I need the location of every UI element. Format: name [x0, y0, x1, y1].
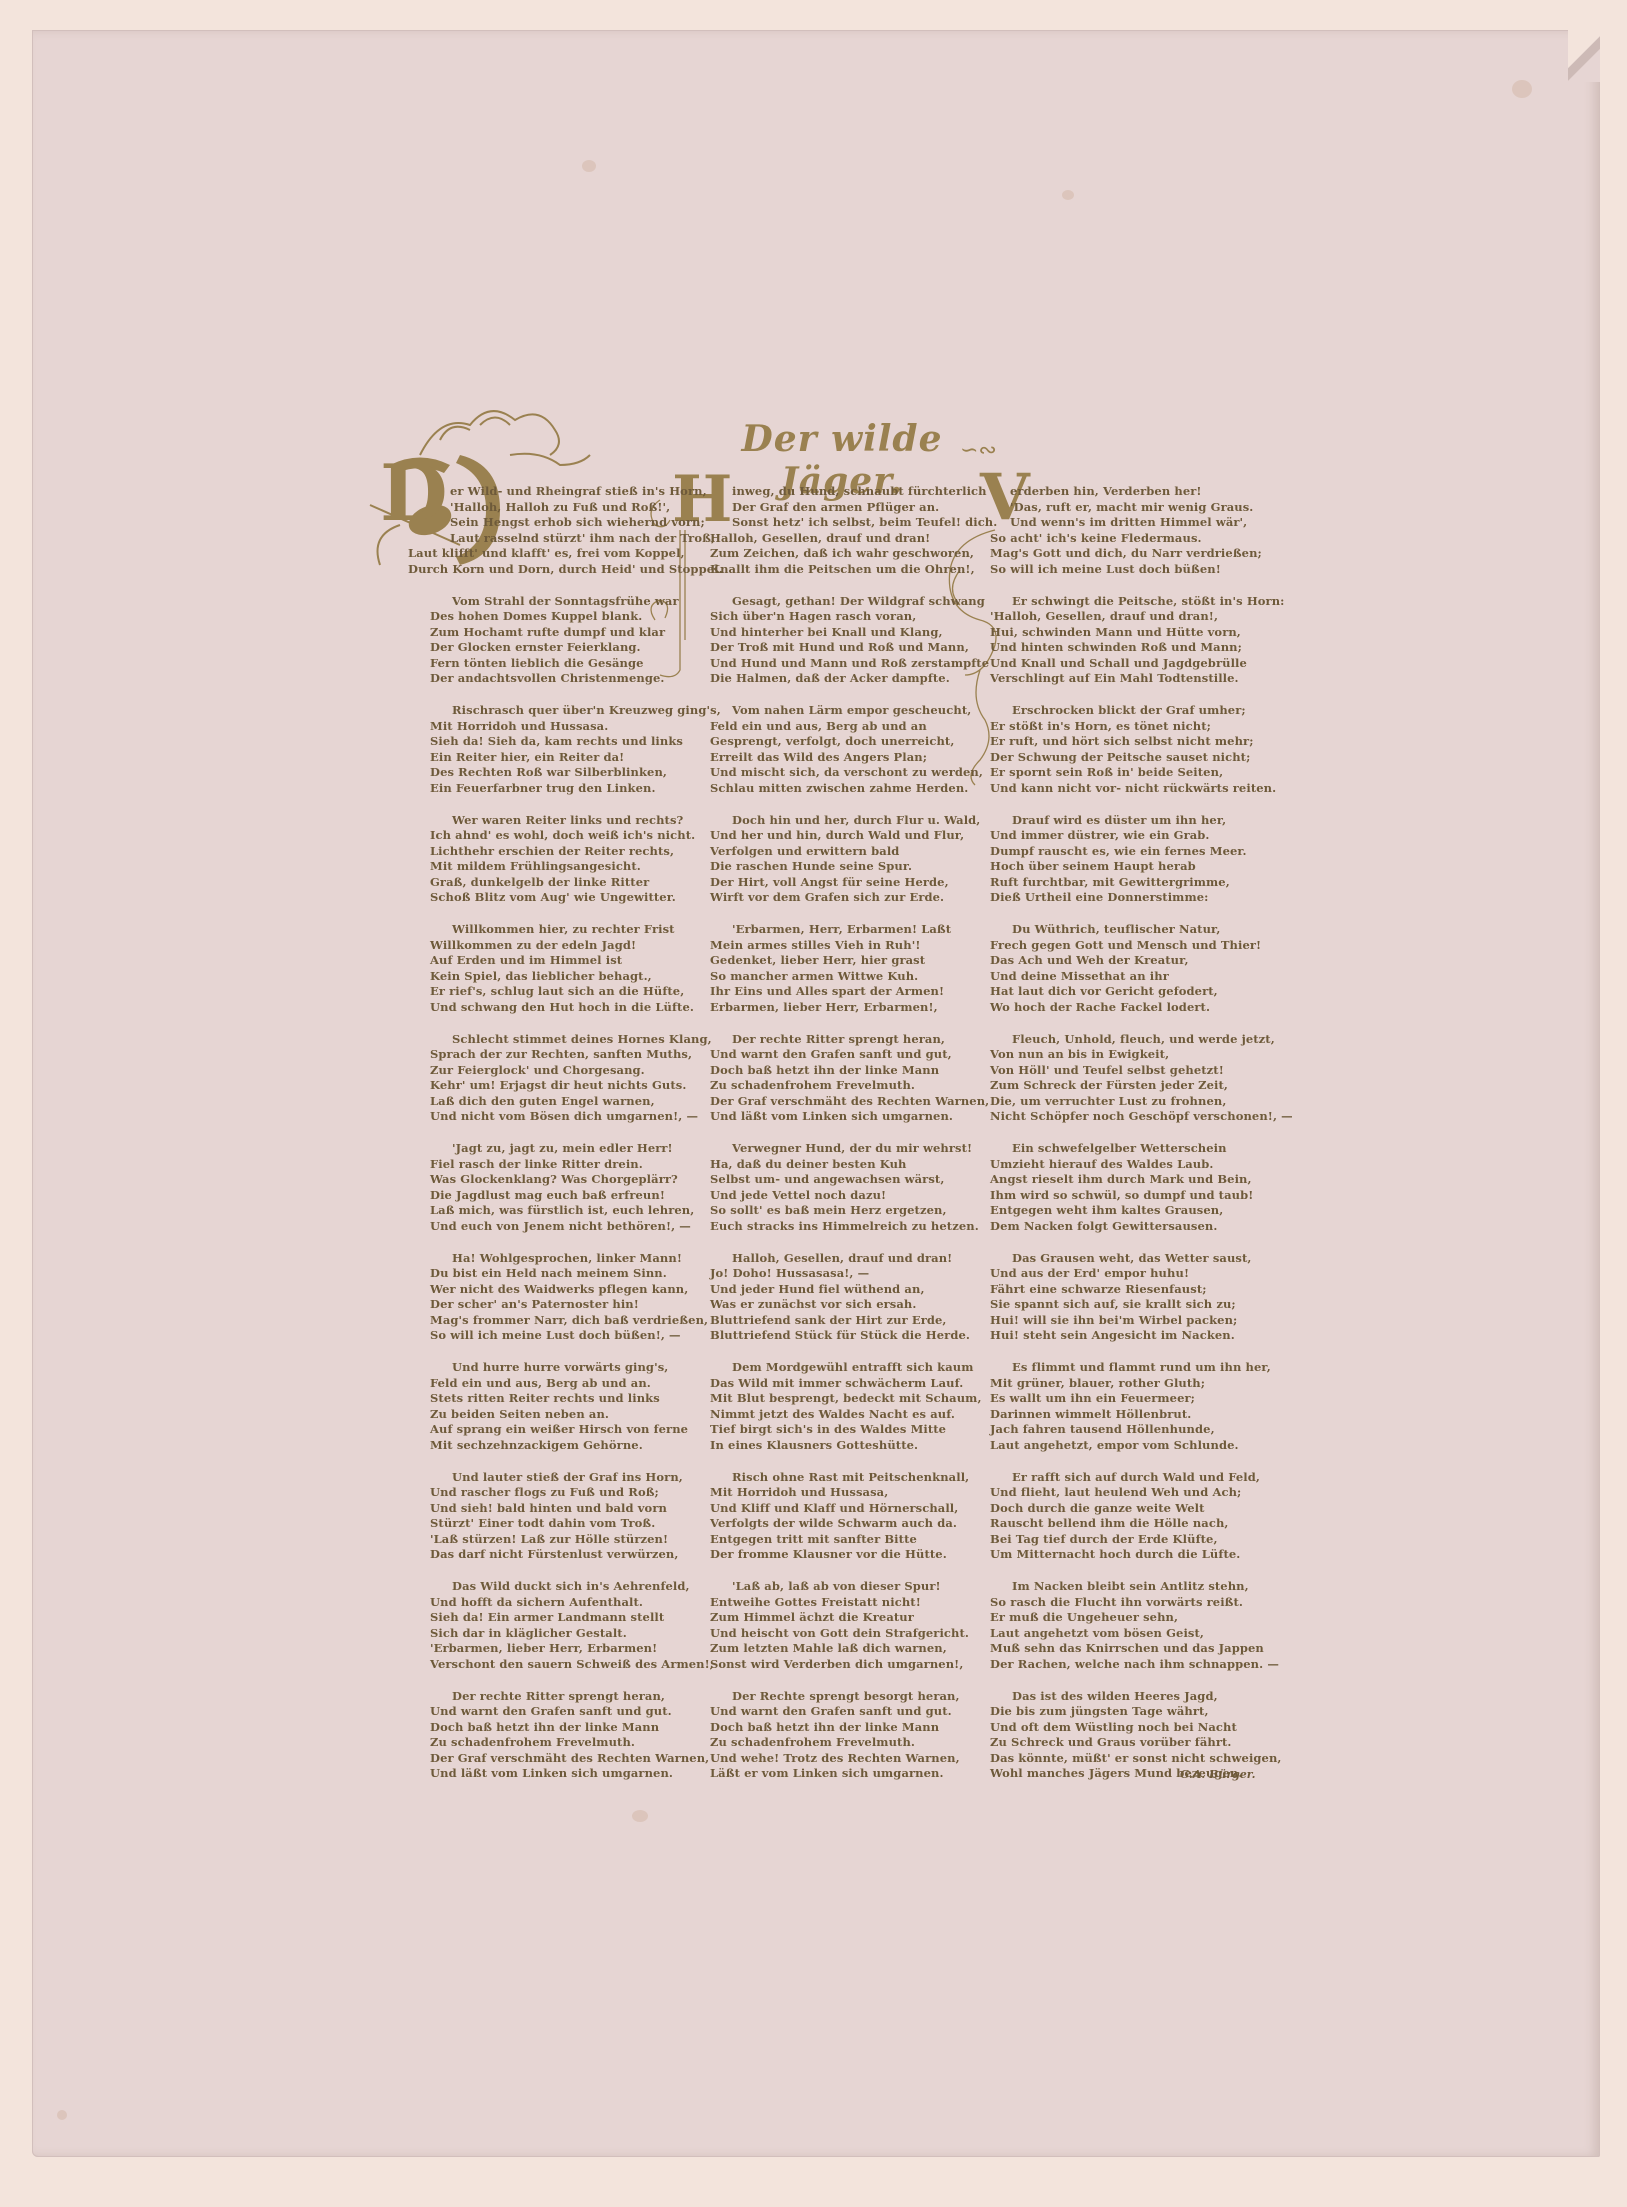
verse-line: Frech gegen Gott und Mensch und Thier!	[990, 938, 1268, 954]
verse-line: Zu schadenfrohem Frevelmuth.	[430, 1735, 708, 1751]
verse-line: Kehr' um! Erjagst dir heut nichts Guts.	[430, 1078, 708, 1094]
verse-line: Laut rasselnd stürzt' ihm nach der Troß;	[408, 531, 708, 547]
verse-line: Mit Horridoh und Hussasa,	[710, 1485, 990, 1501]
verse-line: Auf Erden und im Himmel ist	[430, 953, 708, 969]
verse-line: Und heischt von Gott dein Strafgericht.	[710, 1626, 990, 1642]
verse-line: Und warnt den Grafen sanft und gut,	[710, 1047, 990, 1063]
verse-line: Der Graf den armen Pflüger an.	[690, 500, 990, 516]
stanza: Verwegner Hund, der du mir wehrst! Ha, d…	[690, 1141, 990, 1234]
verse-line: Von Höll' und Teufel selbst gehetzt!	[990, 1063, 1268, 1079]
stanza: Er schwingt die Peitsche, stößt in's Hor…	[968, 594, 1268, 687]
verse-line: Drauf wird es düster um ihn her,	[990, 813, 1268, 829]
verse-line: Doch durch die ganze weite Welt	[990, 1501, 1268, 1517]
verse-line: Ich ahnd' es wohl, doch weiß ich's nicht…	[430, 828, 708, 844]
verse-line: Hui! steht sein Angesicht im Nacken.	[990, 1328, 1268, 1344]
stanza: 'Laß ab, laß ab von dieser Spur! Entweih…	[690, 1579, 990, 1672]
verse-line: Und hinterher bei Knall und Klang,	[710, 625, 990, 641]
verse-line: 'Laß ab, laß ab von dieser Spur!	[710, 1579, 990, 1595]
verse-line: er Wild- und Rheingraf stieß in's Horn,	[408, 484, 708, 500]
verse-line: Verfolgen und erwittern bald	[710, 844, 990, 860]
verse-line: Der Schwung der Peitsche sauset nicht;	[990, 750, 1268, 766]
verse-line: Und hurre hurre vorwärts ging's,	[430, 1360, 708, 1376]
verse-line: Es wallt um ihn ein Feuermeer;	[990, 1391, 1268, 1407]
verse-line: Und Kliff und Klaff und Hörnerschall,	[710, 1501, 990, 1517]
verse-line: Zu beiden Seiten neben an.	[430, 1407, 708, 1423]
stanza: erderben hin, Verderben her! 'Das, ruft …	[968, 484, 1268, 577]
verse-line: Dumpf rauscht es, wie ein fernes Meer.	[990, 844, 1268, 860]
verse-line: Gesprengt, verfolgt, doch unerreicht,	[710, 734, 990, 750]
verse-line: Sonst hetz' ich selbst, beim Teufel! dic…	[690, 515, 990, 531]
verse-line: Verfolgts der wilde Schwarm auch da.	[710, 1516, 990, 1532]
verse-line: 'Erbarmen, Herr, Erbarmen! Laßt	[710, 922, 990, 938]
verse-line: Das ist des wilden Heeres Jagd,	[990, 1689, 1268, 1705]
stanza: Der rechte Ritter sprengt heran, Und war…	[408, 1689, 708, 1782]
verse-line: Er spornt sein Roß in' beide Seiten,	[990, 765, 1268, 781]
stanza: Halloh, Gesellen, drauf und dran! Jo! Do…	[690, 1251, 990, 1344]
verse-line: Und warnt den Grafen sanft und gut.	[430, 1704, 708, 1720]
verse-line: Darinnen wimmelt Höllenbrut.	[990, 1407, 1268, 1423]
verse-line: Ha! Wohlgesprochen, linker Mann!	[430, 1251, 708, 1267]
verse-line: Bluttriefend Stück für Stück die Herde.	[710, 1328, 990, 1344]
verse-line: Kein Spiel, das lieblicher behagt.,	[430, 969, 708, 985]
verse-line: Halloh, Gesellen, drauf und dran!	[690, 531, 990, 547]
verse-line: Mein armes stilles Vieh in Ruh'!	[710, 938, 990, 954]
verse-line: Du bist ein Held nach meinem Sinn.	[430, 1266, 708, 1282]
verse-line: Und flieht, laut heulend Weh und Ach;	[990, 1485, 1268, 1501]
verse-line: Hui, schwinden Mann und Hütte vorn,	[990, 625, 1268, 641]
verse-line: Das Wild mit immer schwächerm Lauf.	[710, 1376, 990, 1392]
verse-line: Verschont den sauern Schweiß des Armen!,	[430, 1657, 708, 1673]
verse-line: Und her und hin, durch Wald und Flur,	[710, 828, 990, 844]
verse-line: Zum Schreck der Fürsten jeder Zeit,	[990, 1078, 1268, 1094]
verse-line: 'Das, ruft er, macht mir wenig Graus.	[968, 500, 1268, 516]
verse-line: Um Mitternacht hoch durch die Lüfte.	[990, 1547, 1268, 1563]
verse-line: Der Troß mit Hund und Roß und Mann,	[710, 640, 990, 656]
verse-line: Und aus der Erd' empor huhu!	[990, 1266, 1268, 1282]
verse-line: Willkommen zu der edeln Jagd!	[430, 938, 708, 954]
verse-line: Fern tönten lieblich die Gesänge	[430, 656, 708, 672]
verse-line: Und schwang den Hut hoch in die Lüfte.	[430, 1000, 708, 1016]
verse-line: Das könnte, müßt' er sonst nicht schweig…	[990, 1751, 1268, 1767]
verse-line: Der Rachen, welche nach ihm schnappen. —	[990, 1657, 1268, 1673]
verse-line: Er muß die Ungeheuer sehn,	[990, 1610, 1268, 1626]
verse-line: Mit grüner, blauer, rother Gluth;	[990, 1376, 1268, 1392]
stanza: Drauf wird es düster um ihn her, Und imm…	[968, 813, 1268, 906]
verse-line: Doch hin und her, durch Flur u. Wald,	[710, 813, 990, 829]
verse-line: Jo! Doho! Hussasasa!, —	[710, 1266, 990, 1282]
poem-column-3: erderben hin, Verderben her! 'Das, ruft …	[968, 484, 1268, 1798]
verse-line: Und oft dem Wüstling noch bei Nacht	[990, 1720, 1268, 1736]
verse-line: Zum letzten Mahle laß dich warnen,	[710, 1641, 990, 1657]
verse-line: Stürzt' Einer todt dahin vom Troß.	[430, 1516, 708, 1532]
stanza: Das Grausen weht, das Wetter saust, Und …	[968, 1251, 1268, 1344]
verse-line: Von nun an bis in Ewigkeit,	[990, 1047, 1268, 1063]
verse-line: Laut klifft' und klafft' es, frei vom Ko…	[408, 546, 708, 562]
stanza: Im Nacken bleibt sein Antlitz stehn, So …	[968, 1579, 1268, 1672]
verse-line: Rauscht bellend ihm die Hölle nach,	[990, 1516, 1268, 1532]
verse-line: Der Hirt, voll Angst für seine Herde,	[710, 875, 990, 891]
verse-line: Und lauter stieß der Graf ins Horn,	[430, 1470, 708, 1486]
verse-line: Er schwingt die Peitsche, stößt in's Hor…	[990, 594, 1268, 610]
verse-line: Wirft vor dem Grafen sich zur Erde.	[710, 890, 990, 906]
verse-line: Sprach der zur Rechten, sanften Muths,	[430, 1047, 708, 1063]
verse-line: Die, um verruchter Lust zu frohnen,	[990, 1094, 1268, 1110]
verse-line: Das Wild duckt sich in's Aehrenfeld,	[430, 1579, 708, 1595]
verse-line: Hui! will sie ihn bei'm Wirbel packen;	[990, 1313, 1268, 1329]
verse-line: inweg, du Hund, schnaubt fürchterlich	[690, 484, 990, 500]
verse-line: Ihm wird so schwül, so dumpf und taub!	[990, 1188, 1268, 1204]
stanza: Es flimmt und flammt rund um ihn her, Mi…	[968, 1360, 1268, 1453]
verse-line: Zu schadenfrohem Frevelmuth.	[710, 1735, 990, 1751]
verse-line: Erreilt das Wild des Angers Plan;	[710, 750, 990, 766]
verse-line: Ein schwefelgelber Wetterschein	[990, 1141, 1268, 1157]
verse-line: In eines Klausners Gotteshütte.	[710, 1438, 990, 1454]
verse-line: Wer waren Reiter links und rechts?	[430, 813, 708, 829]
verse-line: Und wehe! Trotz des Rechten Warnen,	[710, 1751, 990, 1767]
verse-line: Zum Himmel ächzt die Kreatur	[710, 1610, 990, 1626]
verse-line: Und mischt sich, da verschont zu werden,	[710, 765, 990, 781]
verse-line: Das Grausen weht, das Wetter saust,	[990, 1251, 1268, 1267]
verse-line: Zu Schreck und Graus vorüber fährt.	[990, 1735, 1268, 1751]
stanza: Vom nahen Lärm empor gescheucht, Feld ei…	[690, 703, 990, 796]
verse-line: Und läßt vom Linken sich umgarnen.	[430, 1766, 708, 1782]
verse-line: Und wenn's im dritten Himmel wär',	[968, 515, 1268, 531]
verse-line: Und immer düstrer, wie ein Grab.	[990, 828, 1268, 844]
stanza: Der Rechte sprengt besorgt heran, Und wa…	[690, 1689, 990, 1782]
verse-line: 'Halloh, Gesellen, drauf und dran!,	[990, 609, 1268, 625]
verse-line: Lichthehr erschien der Reiter rechts,	[430, 844, 708, 860]
verse-line: Dem Mordgewühl entrafft sich kaum	[710, 1360, 990, 1376]
verse-line: 'Halloh, Halloh zu Fuß und Roß!',	[408, 500, 708, 516]
stanza: Und hurre hurre vorwärts ging's, Feld ei…	[408, 1360, 708, 1453]
verse-line: Im Nacken bleibt sein Antlitz stehn,	[990, 1579, 1268, 1595]
verse-line: Knallt ihm die Peitschen um die Ohren!,	[690, 562, 990, 578]
stanza: Fleuch, Unhold, fleuch, und werde jetzt,…	[968, 1032, 1268, 1125]
stanza: 'Jagt zu, jagt zu, mein edler Herr! Fiel…	[408, 1141, 708, 1234]
stanza: Wer waren Reiter links und rechts? Ich a…	[408, 813, 708, 906]
verse-line: Du Wüthrich, teuflischer Natur,	[990, 922, 1268, 938]
verse-line: Feld ein und aus, Berg ab und an	[710, 719, 990, 735]
verse-line: Mit mildem Frühlingsangesicht.	[430, 859, 708, 875]
verse-line: Nimmt jetzt des Waldes Nacht es auf.	[710, 1407, 990, 1423]
verse-line: Und rascher flogs zu Fuß und Roß;	[430, 1485, 708, 1501]
verse-line: erderben hin, Verderben her!	[968, 484, 1268, 500]
verse-line: Schlecht stimmet deines Hornes Klang,	[430, 1032, 708, 1048]
verse-line: Der Graf verschmäht des Rechten Warnen,	[710, 1094, 990, 1110]
stanza: Rischrasch quer über'n Kreuzweg ging's, …	[408, 703, 708, 796]
verse-line: Vom nahen Lärm empor gescheucht,	[710, 703, 990, 719]
verse-line: Der rechte Ritter sprengt heran,	[430, 1689, 708, 1705]
verse-line: Schlau mitten zwischen zahme Herden.	[710, 781, 990, 797]
verse-line: Der Graf verschmäht des Rechten Warnen,	[430, 1751, 708, 1767]
verse-line: Selbst um- und angewachsen wärst,	[710, 1172, 990, 1188]
verse-line: Das Ach und Weh der Kreatur,	[990, 953, 1268, 969]
foxing-spot	[1512, 80, 1532, 98]
verse-line: Sich über'n Hagen rasch voran,	[710, 609, 990, 625]
verse-line: So will ich meine Lust doch büßen!, —	[430, 1328, 708, 1344]
verse-line: Doch baß hetzt ihn der linke Mann	[710, 1063, 990, 1079]
verse-line: Der Rechte sprengt besorgt heran,	[710, 1689, 990, 1705]
verse-line: Umzieht hierauf des Waldes Laub.	[990, 1157, 1268, 1173]
verse-line: Laut angehetzt vom bösen Geist,	[990, 1626, 1268, 1642]
stanza: Risch ohne Rast mit Peitschenknall, Mit …	[690, 1470, 990, 1563]
stanza: Der rechte Ritter sprengt heran, Und war…	[690, 1032, 990, 1125]
foxing-spot	[57, 2110, 67, 2120]
stanza: Ha! Wohlgesprochen, linker Mann! Du bist…	[408, 1251, 708, 1344]
verse-line: Zu schadenfrohem Frevelmuth.	[710, 1078, 990, 1094]
verse-line: Und jede Vettel noch dazu!	[710, 1188, 990, 1204]
verse-line: Sich dar in kläglicher Gestalt.	[430, 1626, 708, 1642]
verse-line: Die raschen Hunde seine Spur.	[710, 859, 990, 875]
verse-line: Bluttriefend sank der Hirt zur Erde,	[710, 1313, 990, 1329]
foxing-spot	[1062, 190, 1074, 200]
stanza: Erschrocken blickt der Graf umher; Er st…	[968, 703, 1268, 796]
verse-line: Hoch über seinem Haupt herab	[990, 859, 1268, 875]
verse-line: Dieß Urtheil eine Donnerstimme:	[990, 890, 1268, 906]
verse-line: Auf sprang ein weißer Hirsch von ferne	[430, 1422, 708, 1438]
verse-line: Und euch von Jenem nicht bethören!, —	[430, 1219, 708, 1235]
verse-line: Gesagt, gethan! Der Wildgraf schwang	[710, 594, 990, 610]
verse-line: Schoß Blitz vom Aug' wie Ungewitter.	[430, 890, 708, 906]
verse-line: So will ich meine Lust doch büßen!	[968, 562, 1268, 578]
verse-line: So acht' ich's keine Fledermaus.	[968, 531, 1268, 547]
verse-line: Und Knall und Schall und Jagdgebrülle	[990, 656, 1268, 672]
stanza: inweg, du Hund, schnaubt fürchterlich De…	[690, 484, 990, 577]
verse-line: Sie spannt sich auf, sie krallt sich zu;	[990, 1297, 1268, 1313]
verse-line: Durch Korn und Dorn, durch Heid' und Sto…	[408, 562, 708, 578]
verse-line: Willkommen hier, zu rechter Frist	[430, 922, 708, 938]
verse-line: Laut angehetzt, empor vom Schlunde.	[990, 1438, 1268, 1454]
verse-line: Sieh da! Ein armer Landmann stellt	[430, 1610, 708, 1626]
foxing-spot	[582, 160, 596, 172]
verse-line: Ein Reiter hier, ein Reiter da!	[430, 750, 708, 766]
verse-line: Läßt er vom Linken sich umgarnen.	[710, 1766, 990, 1782]
verse-line: Was Glockenklang? Was Chorgeplärr?	[430, 1172, 708, 1188]
verse-line: Euch stracks ins Himmelreich zu hetzen.	[710, 1219, 990, 1235]
torn-corner	[1568, 30, 1600, 82]
verse-line: Was er zunächst vor sich ersah.	[710, 1297, 990, 1313]
verse-line: Verwegner Hund, der du mir wehrst!	[710, 1141, 990, 1157]
stanza: Und lauter stieß der Graf ins Horn, Und …	[408, 1470, 708, 1563]
verse-line: Er rafft sich auf durch Wald und Feld,	[990, 1470, 1268, 1486]
verse-line: Bei Tag tief durch der Erde Klüfte,	[990, 1532, 1268, 1548]
stanza: Er rafft sich auf durch Wald und Feld, U…	[968, 1470, 1268, 1563]
verse-line: Und jeder Hund fiel wüthend an,	[710, 1282, 990, 1298]
verse-line: 'Jagt zu, jagt zu, mein edler Herr!	[430, 1141, 708, 1157]
stanza: 'Erbarmen, Herr, Erbarmen! Laßt Mein arm…	[690, 922, 990, 1015]
verse-line: Laß mich, was fürstlich ist, euch lehren…	[430, 1203, 708, 1219]
verse-line: Rischrasch quer über'n Kreuzweg ging's,	[430, 703, 708, 719]
verse-line: Verschlingt auf Ein Mahl Todtenstille.	[990, 671, 1268, 687]
verse-line: Nicht Schöpfer noch Geschöpf verschonen!…	[990, 1109, 1268, 1125]
verse-line: Ihr Eins und Alles spart der Armen!	[710, 984, 990, 1000]
verse-line: Jach fahren tausend Höllenhunde,	[990, 1422, 1268, 1438]
verse-line: 'Laß stürzen! Laß zur Hölle stürzen!	[430, 1532, 708, 1548]
stanza: Doch hin und her, durch Flur u. Wald, Un…	[690, 813, 990, 906]
poem-column-2: inweg, du Hund, schnaubt fürchterlich De…	[690, 484, 990, 1798]
verse-line: Stets ritten Reiter rechts und links	[430, 1391, 708, 1407]
stanza: Das Wild duckt sich in's Aehrenfeld, Und…	[408, 1579, 708, 1672]
verse-line: Ein Feuerfarbner trug den Linken.	[430, 781, 708, 797]
verse-line: So mancher armen Wittwe Kuh.	[710, 969, 990, 985]
verse-line: Der scher' an's Paternoster hin!	[430, 1297, 708, 1313]
verse-line: So sollt' es baß mein Herz ergetzen,	[710, 1203, 990, 1219]
stanza: Schlecht stimmet deines Hornes Klang, Sp…	[408, 1032, 708, 1125]
verse-line: Graß, dunkelgelb der linke Ritter	[430, 875, 708, 891]
stanza: Ein schwefelgelber Wetterschein Umzieht …	[968, 1141, 1268, 1234]
verse-line: Zur Feierglock' und Chorgesang.	[430, 1063, 708, 1079]
verse-line: Hat laut dich vor Gericht gefodert,	[990, 984, 1268, 1000]
verse-line: Der Glocken ernster Feierklang.	[430, 640, 708, 656]
verse-line: Risch ohne Rast mit Peitschenknall,	[710, 1470, 990, 1486]
verse-line: Und kann nicht vor- nicht rückwärts reit…	[990, 781, 1268, 797]
verse-line: Feld ein und aus, Berg ab und an.	[430, 1376, 708, 1392]
verse-line: So rasch die Flucht ihn vorwärts reißt.	[990, 1595, 1268, 1611]
verse-line: Sieh da! Sieh da, kam rechts und links	[430, 734, 708, 750]
verse-line: Der fromme Klausner vor die Hütte.	[710, 1547, 990, 1563]
verse-line: Und Hund und Mann und Roß zerstampfte	[710, 656, 990, 672]
verse-line: Wer nicht des Waidwerks pflegen kann,	[430, 1282, 708, 1298]
verse-line: Und nicht vom Bösen dich umgarnen!, —	[430, 1109, 708, 1125]
verse-line: Dem Nacken folgt Gewittersausen.	[990, 1219, 1268, 1235]
stanza: Vom Strahl der Sonntagsfrühe war Des hoh…	[408, 594, 708, 687]
stanza: Gesagt, gethan! Der Wildgraf schwang Sic…	[690, 594, 990, 687]
verse-line: Entweihe Gottes Freistatt nicht!	[710, 1595, 990, 1611]
stanza: Willkommen hier, zu rechter Frist Willko…	[408, 922, 708, 1015]
verse-line: Es flimmt und flammt rund um ihn her,	[990, 1360, 1268, 1376]
verse-line: Vom Strahl der Sonntagsfrühe war	[430, 594, 708, 610]
stanza: er Wild- und Rheingraf stieß in's Horn, …	[408, 484, 708, 577]
verse-line: Mag's frommer Narr, dich baß verdrießen,	[430, 1313, 708, 1329]
author-signature: G.A. Bürger.	[1180, 1768, 1255, 1781]
verse-line: Doch baß hetzt ihn der linke Mann	[430, 1720, 708, 1736]
verse-line: Erschrocken blickt der Graf umher;	[990, 703, 1268, 719]
verse-line: Und sieh! bald hinten und bald vorn	[430, 1501, 708, 1517]
verse-line: Fleuch, Unhold, fleuch, und werde jetzt,	[990, 1032, 1268, 1048]
verse-line: Ha, daß du deiner besten Kuh	[710, 1157, 990, 1173]
verse-line: Doch baß hetzt ihn der linke Mann	[710, 1720, 990, 1736]
verse-line: Gedenket, lieber Herr, hier grast	[710, 953, 990, 969]
verse-line: Und deine Missethat an ihr	[990, 969, 1268, 985]
verse-line: Der andachtsvollen Christenmenge.	[430, 671, 708, 687]
verse-line: Er ruft, und hört sich selbst nicht mehr…	[990, 734, 1268, 750]
verse-line: Tief birgt sich's in des Waldes Mitte	[710, 1422, 990, 1438]
verse-line: Des hohen Domes Kuppel blank.	[430, 609, 708, 625]
verse-line: Laß dich den guten Engel warnen,	[430, 1094, 708, 1110]
verse-line: Mag's Gott und dich, du Narr verdrießen;	[968, 546, 1268, 562]
verse-line: Und hofft da sichern Aufenthalt.	[430, 1595, 708, 1611]
verse-line: Sein Hengst erhob sich wiehernd vorn;	[408, 515, 708, 531]
verse-line: Und warnt den Grafen sanft und gut.	[710, 1704, 990, 1720]
verse-line: Er stößt in's Horn, es tönet nicht;	[990, 719, 1268, 735]
poem-column-1: er Wild- und Rheingraf stieß in's Horn, …	[408, 484, 708, 1798]
verse-line: Fiel rasch der linke Ritter drein.	[430, 1157, 708, 1173]
stanza: Dem Mordgewühl entrafft sich kaum Das Wi…	[690, 1360, 990, 1453]
verse-line: Fährt eine schwarze Riesenfaust;	[990, 1282, 1268, 1298]
verse-line: Angst rieselt ihm durch Mark und Bein,	[990, 1172, 1268, 1188]
verse-line: Die bis zum jüngsten Tage währt,	[990, 1704, 1268, 1720]
verse-line: Des Rechten Roß war Silberblinken,	[430, 765, 708, 781]
verse-line: Zum Zeichen, daß ich wahr geschworen,	[690, 546, 990, 562]
verse-line: Und läßt vom Linken sich umgarnen.	[710, 1109, 990, 1125]
stanza: Du Wüthrich, teuflischer Natur, Frech ge…	[968, 922, 1268, 1015]
foxing-spot	[632, 1810, 648, 1822]
verse-line: Sonst wird Verderben dich umgarnen!,	[710, 1657, 990, 1673]
verse-line: Der rechte Ritter sprengt heran,	[710, 1032, 990, 1048]
verse-line: Und hinten schwinden Roß und Mann;	[990, 640, 1268, 656]
verse-line: Muß sehn das Knirrschen und das Jappen	[990, 1641, 1268, 1657]
verse-line: Mit sechzehnzackigem Gehörne.	[430, 1438, 708, 1454]
verse-line: 'Erbarmen, lieber Herr, Erbarmen!	[430, 1641, 708, 1657]
verse-line: Entgegen weht ihm kaltes Grausen,	[990, 1203, 1268, 1219]
verse-line: Ruft furchtbar, mit Gewittergrimme,	[990, 875, 1268, 891]
verse-line: Mit Horridoh und Hussasa.	[430, 719, 708, 735]
verse-line: Er rief's, schlug laut sich an die Hüfte…	[430, 984, 708, 1000]
verse-line: Das darf nicht Fürstenlust verwürzen,	[430, 1547, 708, 1563]
verse-line: Mit Blut besprengt, bedeckt mit Schaum,	[710, 1391, 990, 1407]
verse-line: Erbarmen, lieber Herr, Erbarmen!,	[710, 1000, 990, 1016]
verse-line: Zum Hochamt rufte dumpf und klar	[430, 625, 708, 641]
verse-line: Wo hoch der Rache Fackel lodert.	[990, 1000, 1268, 1016]
verse-line: Halloh, Gesellen, drauf und dran!	[710, 1251, 990, 1267]
verse-line: Entgegen tritt mit sanfter Bitte	[710, 1532, 990, 1548]
verse-line: Die Halmen, daß der Acker dampfte.	[710, 671, 990, 687]
verse-line: Die Jagdlust mag euch baß erfreun!	[430, 1188, 708, 1204]
